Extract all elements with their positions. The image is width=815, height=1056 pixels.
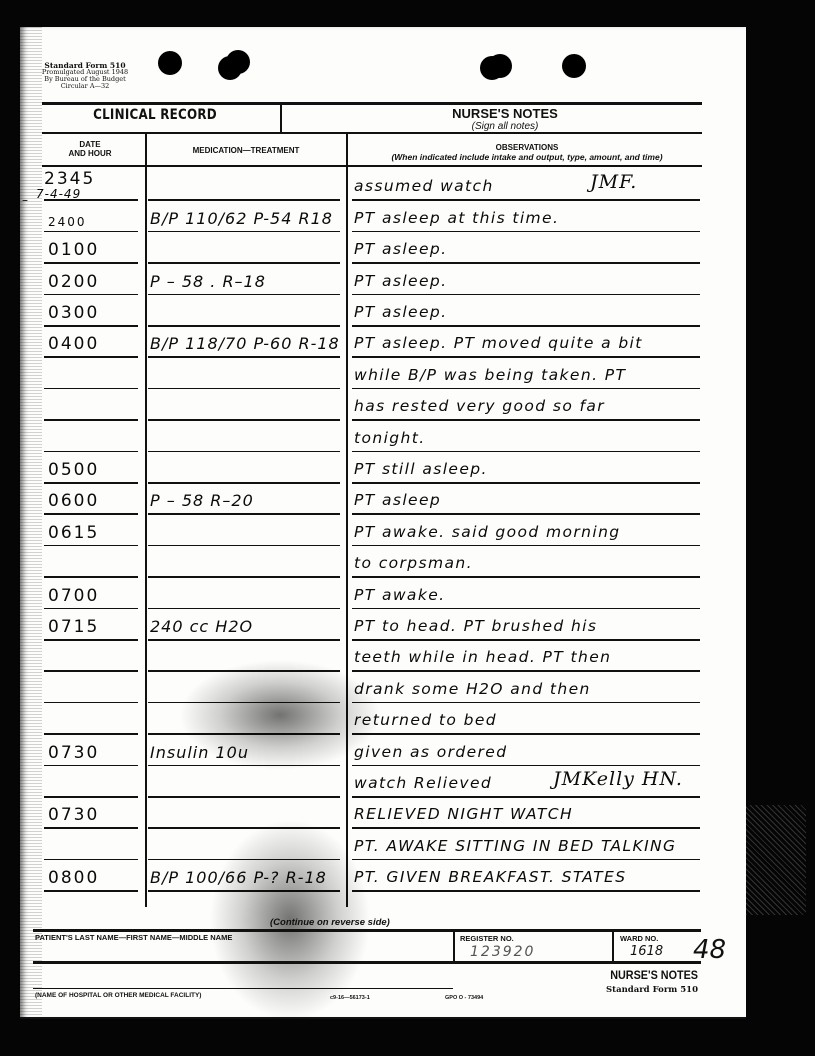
row-rule-medication — [148, 325, 340, 327]
ward-divider — [612, 929, 614, 961]
row-observation: teeth while in head. PT then — [354, 648, 611, 666]
clinical-record-title: CLINICAL RECORD — [49, 107, 262, 123]
row-observation: to corpsman. — [354, 554, 473, 572]
row-rule-medication — [148, 702, 340, 704]
row-rule-medication — [148, 451, 340, 453]
header-top-rule — [42, 102, 702, 105]
row-medication: Insulin 10u — [150, 743, 249, 762]
scan-noise — [746, 805, 806, 915]
row-rule-observations — [352, 545, 700, 547]
row-time: 0200 — [48, 272, 99, 292]
row-time: 0730 — [48, 805, 99, 825]
footer-standard-form: Standard Form 510 — [560, 985, 698, 995]
row-observation: drank some H2O and then — [354, 680, 591, 698]
row-rule-observations — [352, 733, 700, 735]
row-rule-medication — [148, 890, 340, 892]
row-observation: PT asleep. PT moved quite a bit — [354, 334, 643, 352]
row-rule-observations — [352, 796, 700, 798]
scan-edge-shadow — [20, 27, 42, 1019]
date-stamp: 7-4-49 — [36, 187, 81, 201]
row-rule-medication — [148, 765, 340, 767]
row-rule-observations — [352, 827, 700, 829]
row-medication: P – 58 R–20 — [150, 491, 254, 510]
row-observation: assumed watch — [354, 177, 494, 195]
ward-no-label: WARD NO. — [620, 934, 658, 943]
register-no-value: 123920 — [470, 944, 535, 960]
punch-hole-3b — [488, 54, 512, 78]
row-observation: PT asleep. — [354, 272, 447, 290]
punch-hole-2b — [226, 50, 250, 74]
row-observation: PT asleep at this time. — [354, 209, 559, 227]
row-rule-medication — [148, 545, 340, 547]
row-observation: PT still asleep. — [354, 460, 488, 478]
column-divider-1 — [145, 132, 147, 907]
row-rule-observations — [352, 294, 700, 296]
row-rule-medication — [148, 419, 340, 421]
form-id-line-4: Circular A—32 — [30, 83, 140, 90]
patient-name-label: PATIENT'S LAST NAME—FIRST NAME—MIDDLE NA… — [35, 933, 232, 942]
column-header-medication: MEDICATION—TREATMENT — [146, 146, 346, 155]
row-rule-medication — [148, 199, 340, 201]
row-observation: while B/P was being taken. PT — [354, 366, 626, 384]
row-rule-date — [44, 451, 138, 453]
register-no-label: REGISTER NO. — [460, 934, 514, 943]
row-rule-medication — [148, 231, 340, 233]
page-bottom-rule — [20, 1017, 746, 1019]
row-rule-medication — [148, 608, 340, 610]
row-rule-medication — [148, 639, 340, 641]
row-rule-date — [44, 262, 138, 264]
row-rule-medication — [148, 482, 340, 484]
row-rule-observations — [352, 702, 700, 704]
row-medication: 240 cc H2O — [150, 617, 253, 636]
row-rule-medication — [148, 859, 340, 861]
row-rule-observations — [352, 859, 700, 861]
row-rule-date — [44, 294, 138, 296]
row-rule-medication — [148, 513, 340, 515]
date-bracket-mark: – — [22, 193, 29, 207]
punch-hole-1 — [158, 51, 182, 75]
row-rule-date — [44, 545, 138, 547]
row-observation: PT. AWAKE SITTING IN BED TALKING — [354, 837, 676, 855]
register-divider — [453, 929, 455, 961]
row-time: 0800 — [48, 868, 99, 888]
row-observation: PT. GIVEN BREAKFAST. STATES — [354, 868, 627, 886]
row-rule-observations — [352, 356, 700, 358]
row-rule-date — [44, 513, 138, 515]
row-rule-date — [44, 702, 138, 704]
row-rule-medication — [148, 733, 340, 735]
row-observation: returned to bed — [354, 711, 497, 729]
header-divider — [280, 102, 282, 132]
row-observation: watch Relieved — [354, 774, 492, 792]
row-rule-date — [44, 356, 138, 358]
form-identification: Standard Form 510 Promulgated August 194… — [30, 62, 140, 90]
row-rule-observations — [352, 451, 700, 453]
row-rule-observations — [352, 325, 700, 327]
row-observation: RELIEVED NIGHT WATCH — [354, 805, 573, 823]
row-rule-observations — [352, 513, 700, 515]
row-rule-observations — [352, 576, 700, 578]
row-rule-observations — [352, 419, 700, 421]
row-time: 0100 — [48, 240, 99, 260]
footer-mid-rule — [33, 961, 701, 964]
row-observation: PT to head. PT brushed his — [354, 617, 597, 635]
row-observation: tonight. — [354, 429, 426, 447]
row-observation: PT asleep — [354, 491, 441, 509]
row-observation: PT asleep. — [354, 303, 447, 321]
row-rule-medication — [148, 262, 340, 264]
row-signature: JMKelly HN. — [553, 768, 683, 790]
row-rule-date — [44, 827, 138, 829]
row-rule-medication — [148, 670, 340, 672]
row-medication: B/P 110/62 P-54 R18 — [150, 209, 333, 228]
row-rule-observations — [352, 639, 700, 641]
hospital-rule — [33, 988, 453, 989]
row-medication: B/P 100/66 P-? R-18 — [150, 868, 327, 887]
row-rule-observations — [352, 388, 700, 390]
row-rule-medication — [148, 576, 340, 578]
row-medication: B/P 118/70 P-60 R-18 — [150, 334, 340, 353]
row-rule-date — [44, 859, 138, 861]
row-rule-medication — [148, 356, 340, 358]
row-rule-medication — [148, 796, 340, 798]
footer-nurses-notes: NURSE'S NOTES — [608, 968, 698, 982]
row-rule-observations — [352, 482, 700, 484]
row-rule-date — [44, 733, 138, 735]
row-rule-date — [44, 419, 138, 421]
row-observation: PT asleep. — [354, 240, 447, 258]
row-time: 0730 — [48, 743, 99, 763]
row-signature: JMF. — [590, 171, 637, 193]
sign-all-notes: (Sign all notes) — [380, 121, 630, 132]
row-rule-observations — [352, 231, 700, 233]
gpo-code: GPO O - 73494 — [445, 995, 483, 1001]
row-rule-date — [44, 796, 138, 798]
row-rule-date — [44, 890, 138, 892]
row-rule-date — [44, 765, 138, 767]
row-rule-observations — [352, 608, 700, 610]
row-observation: has rested very good so far — [354, 397, 605, 415]
continue-note: (Continue on reverse side) — [270, 917, 390, 928]
hospital-label: (NAME OF HOSPITAL OR OTHER MEDICAL FACIL… — [35, 992, 201, 999]
row-rule-observations — [352, 890, 700, 892]
row-rule-observations — [352, 199, 700, 201]
row-rule-medication — [148, 294, 340, 296]
ward-no-value: 1618 — [630, 944, 663, 959]
row-rule-observations — [352, 262, 700, 264]
row-medication: P – 58 . R–18 — [150, 272, 266, 291]
row-time: 0615 — [48, 523, 99, 543]
row-rule-date — [44, 388, 138, 390]
row-rule-date — [44, 670, 138, 672]
row-time: 0715 — [48, 617, 99, 637]
header-bottom-rule — [42, 165, 702, 167]
row-rule-observations — [352, 765, 700, 767]
observations-instructions: (When indicated include intake and outpu… — [352, 152, 702, 162]
row-time: 0600 — [48, 491, 99, 511]
row-rule-observations — [352, 670, 700, 672]
row-rule-date — [44, 608, 138, 610]
row-rule-date — [44, 639, 138, 641]
row-rule-date — [44, 325, 138, 327]
row-observation: PT awake. — [354, 586, 445, 604]
row-time: 0700 — [48, 586, 99, 606]
nurses-notes-title: NURSE'S NOTES — [380, 106, 630, 121]
column-header-date-hour: DATE AND HOUR — [40, 140, 140, 158]
punch-hole-4 — [562, 54, 586, 78]
row-observation: given as ordered — [354, 743, 507, 761]
row-time: 0400 — [48, 334, 99, 354]
column-header-observations: OBSERVATIONS — [352, 143, 702, 152]
column-divider-2 — [346, 132, 348, 907]
row-rule-medication — [148, 388, 340, 390]
print-code: c9-16—56173-1 — [330, 995, 370, 1001]
row-time: 0300 — [48, 303, 99, 323]
row-rule-date — [44, 231, 138, 233]
row-time: 0500 — [48, 460, 99, 480]
row-rule-date — [44, 482, 138, 484]
row-time: 2400 — [48, 215, 87, 229]
row-observation: PT awake. said good morning — [354, 523, 621, 541]
row-rule-medication — [148, 827, 340, 829]
footer-top-rule — [33, 929, 701, 932]
row-rule-date — [44, 576, 138, 578]
header-mid-rule — [42, 132, 702, 134]
